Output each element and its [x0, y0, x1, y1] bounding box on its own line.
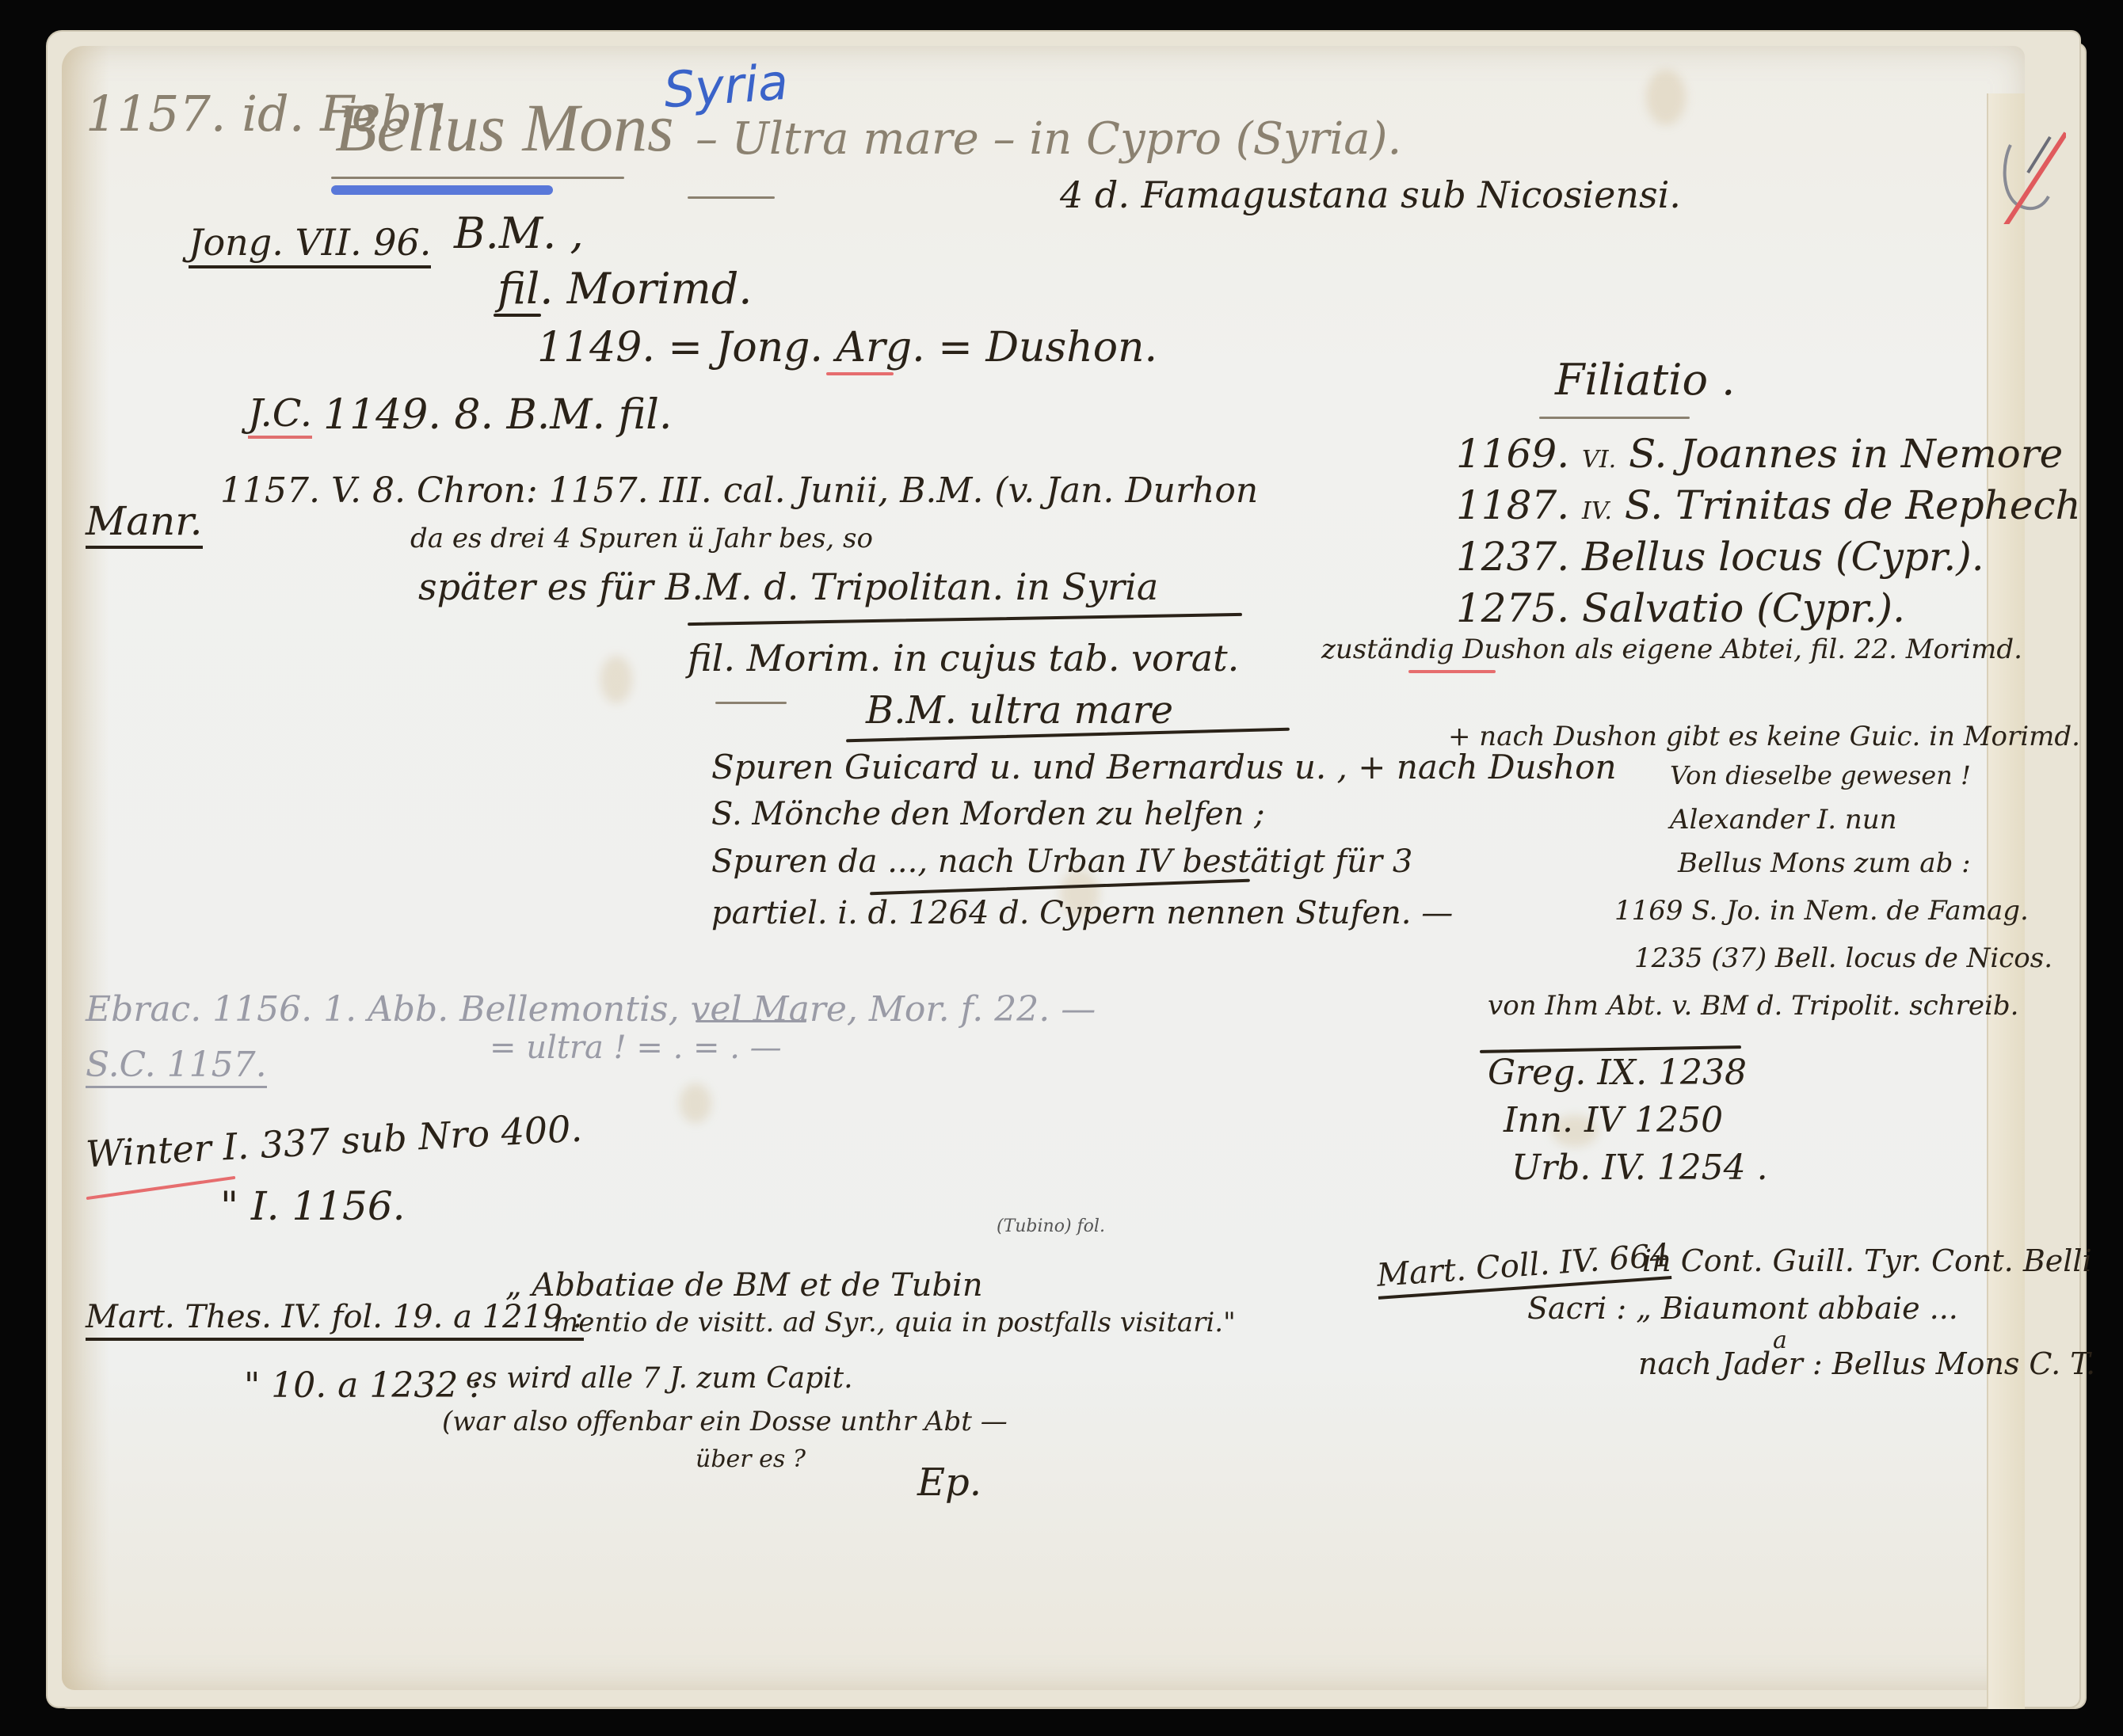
- filiatio-year: 1237.: [1456, 534, 1569, 580]
- right-note-line: 1235 (37) Bell. locus de Nicos.: [1634, 945, 2052, 972]
- entry-line: Spuren da ..., nach Urban IV bestätigt f…: [711, 846, 1412, 878]
- entry-line: B.M. ultra mare: [866, 691, 1173, 729]
- entry-line: da es drei 4 Spuren ü Jahr bes, so: [410, 525, 873, 552]
- right-note-line: Alexander I. nun: [1670, 806, 1897, 833]
- entry-line: 1157. V. 8. Chron: 1157. III. cal. Junii…: [220, 474, 1258, 508]
- filiatio-item: 1169. VI. S. Joannes in Nemore: [1456, 434, 2063, 474]
- mart-thes-quote: „ Abbatiae de BM et de Tubin: [505, 1270, 983, 1301]
- header-sub-note: 4 d. Famagustana sub Nicosiensi.: [1060, 177, 1681, 213]
- mart-thes-ref2: " 10. a 1232 :: [244, 1369, 481, 1403]
- pencil-underline: [696, 1020, 806, 1022]
- mart-thes-ref: Mart. Thes. IV. fol. 19. a 1219 :: [86, 1301, 584, 1341]
- stain: [1646, 70, 1686, 125]
- entry-line: S. Mönche den Morden zu helfen ;: [711, 798, 1265, 830]
- right-note-line: Von dieselbe gewesen !: [1670, 763, 1971, 788]
- mart-thes-cont2: (war also offenbar ein Dosse unthr Abt —: [442, 1408, 1008, 1435]
- stain: [600, 656, 632, 703]
- right-note-line: + nach Dushon gibt es keine Guic. in Mor…: [1448, 723, 2080, 750]
- red-underline: [1408, 670, 1496, 673]
- filiatio-name: Bellus locus (Cypr.).: [1582, 534, 1984, 580]
- filiatio-item: 1275. Salvatio (Cypr.).: [1456, 588, 1905, 628]
- red-underline: [86, 1176, 236, 1200]
- filiatio-year: 1187.: [1456, 482, 1569, 528]
- subtitle-rule: [688, 196, 775, 199]
- mart-thes-cont: mentio de visitt. ad Syr., quia in postf…: [553, 1309, 1236, 1336]
- filiatio-item: 1187. IV. S. Trinitas de Rephech: [1456, 485, 2081, 525]
- fil-underline: [494, 314, 541, 317]
- pencil-note-marks: = ultra ! = . = . —: [490, 1032, 782, 1064]
- right-note-line: zuständig Dushon als eigene Abtei, fil. …: [1321, 636, 2022, 663]
- filiatio-year: 1275.: [1456, 585, 1569, 631]
- mart-thes-text2: es wird alle 7 J. zum Capit.: [466, 1365, 853, 1393]
- signature: Ep.: [917, 1464, 981, 1502]
- fil-underline: [715, 702, 787, 704]
- entry-line: Spuren Guicard u. und Bernardus u. , + n…: [711, 751, 1617, 784]
- mart-coll-text4: nach Jader : Bellus Mons C. T.: [1638, 1349, 2095, 1379]
- ref-jc: J.C.: [248, 394, 312, 439]
- tubin-note: (Tubino) fol.: [997, 1218, 1105, 1235]
- entry-line: fil. Morim. in cujus tab. vorat.: [688, 640, 1239, 676]
- winter-ref-line1: Winter I. 337 sub Nro 400.: [85, 1110, 583, 1173]
- papal-item: Greg. IX. 1238: [1488, 1056, 1747, 1091]
- notebook-page: 1157. id. Febr. Bellus Mons Syria – Ultr…: [62, 46, 2025, 1690]
- pencil-note-line1: Ebrac. 1156. 1. Abb. Bellemontis, vel Ma…: [86, 992, 1096, 1027]
- papal-item: Urb. IV. 1254 .: [1511, 1151, 1768, 1186]
- entry-line: fil. Morimd.: [497, 268, 752, 310]
- filiatio-name: Salvatio (Cypr.).: [1582, 585, 1905, 631]
- title-blue-underline: [331, 185, 553, 195]
- title-underline: [331, 177, 624, 179]
- ref-manr: Manr.: [86, 501, 203, 549]
- mart-thes-end: über es ?: [696, 1448, 806, 1471]
- entry-line: B.M. ,: [454, 212, 584, 255]
- winter-ref-line2: " I. 1156.: [220, 1186, 406, 1226]
- ref-jong: Jong. VII. 96.: [189, 224, 431, 268]
- tripolitan-underline: [688, 613, 1242, 626]
- title-annotation-blue: Syria: [662, 58, 790, 116]
- filiatio-year: 1169.: [1456, 431, 1569, 477]
- mart-coll-text1: in Cont. Guill. Tyr. Cont. Belli: [1642, 1246, 2092, 1276]
- filiatio-item: 1237. Bellus locus (Cypr.).: [1456, 537, 1984, 577]
- header-subtitle: – Ultra mare – in Cypro (Syria).: [696, 117, 1401, 162]
- entry-line: 1149. 8. B.M. fil.: [323, 394, 672, 436]
- entry-line: partiel. i. d. 1264 d. Cypern nennen Stu…: [711, 897, 1453, 929]
- pencil-note-ref: S.C. 1157.: [86, 1048, 267, 1088]
- right-note-line: von Ihm Abt. v. BM d. Tripolit. schreib.: [1488, 992, 2018, 1019]
- right-note-line: 1169 S. Jo. in Nem. de Famag.: [1614, 897, 2029, 924]
- filiatio-name: S. Joannes in Nemore: [1629, 431, 2063, 477]
- filiatio-underline: [1539, 417, 1690, 419]
- header-title: Bellus Mons: [335, 93, 674, 162]
- red-underline: [826, 372, 894, 375]
- stain: [680, 1083, 711, 1123]
- filiatio-roman: IV.: [1582, 497, 1612, 525]
- page-number-mark-icon: [1995, 129, 2066, 224]
- filiatio-name: S. Trinitas de Rephech: [1625, 482, 2081, 528]
- mart-coll-text2: Sacri : „ Biaumont abbaie ...: [1527, 1293, 1958, 1323]
- right-note-line: Bellus Mons zum ab :: [1678, 850, 1971, 877]
- filiatio-roman: VI.: [1582, 446, 1616, 474]
- entry-line: 1149. = Jong. Arg. = Dushon.: [537, 327, 1157, 368]
- entry-line: später es für B.M. d. Tripolitan. in Syr…: [418, 569, 1158, 605]
- filiatio-heading: Filiatio .: [1555, 359, 1735, 402]
- papal-item: Inn. IV 1250: [1504, 1103, 1723, 1138]
